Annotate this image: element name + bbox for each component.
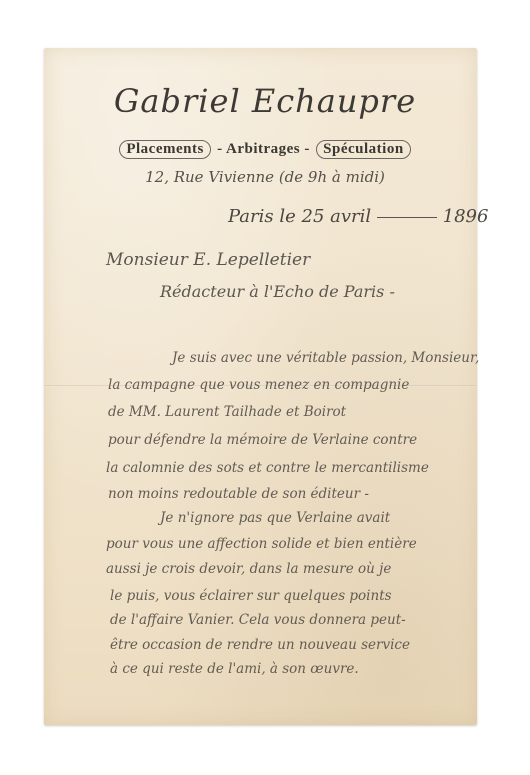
date-day: 25 — [302, 206, 325, 227]
date-rule — [377, 217, 437, 218]
body-line: la campagne que vous menez en compagnie — [108, 377, 409, 393]
body-line: de MM. Laurent Tailhade et Boirot — [108, 404, 346, 420]
body-line: aussi je crois devoir, dans la mesure où… — [106, 561, 391, 577]
body-line: le puis, vous éclairer sur quelques poin… — [110, 588, 392, 604]
body-line: pour défendre la mémoire de Verlaine con… — [108, 432, 417, 448]
recipient-name: Monsieur E. Lepelletier — [106, 250, 310, 270]
letterhead-services: Placements - Arbitrages - Spéculation — [0, 140, 530, 159]
body-line: être occasion de rendre un nouveau servi… — [110, 637, 410, 653]
service-placements: Placements — [119, 140, 210, 159]
letterhead-name: Gabriel Echaupre — [0, 82, 530, 120]
service-separator: - — [217, 141, 223, 157]
body-line: à ce qui reste de l'ami, à son œuvre. — [110, 661, 359, 677]
body-line: la calomnie des sots et contre le mercan… — [106, 460, 429, 476]
service-arbitrages: Arbitrages — [226, 141, 300, 157]
recipient-title: Rédacteur à l'Echo de Paris - — [160, 282, 395, 301]
date-place: Paris le — [228, 206, 296, 227]
date-year: 1896 — [443, 206, 489, 227]
service-speculation: Spéculation — [316, 140, 411, 159]
date-month: avril — [330, 206, 371, 227]
body-line: pour vous une affection solide et bien e… — [106, 536, 417, 552]
dateline: Paris le 25 avril 1896 — [228, 206, 488, 227]
letterhead-address: 12, Rue Vivienne (de 9h à midi) — [0, 168, 530, 186]
service-separator: - — [304, 141, 310, 157]
body-line: de l'affaire Vanier. Cela vous donnera p… — [110, 612, 406, 628]
body-line: Je n'ignore pas que Verlaine avait — [160, 510, 390, 526]
body-line: Je suis avec une véritable passion, Mons… — [172, 350, 479, 366]
body-line: non moins redoutable de son éditeur - — [108, 486, 369, 502]
